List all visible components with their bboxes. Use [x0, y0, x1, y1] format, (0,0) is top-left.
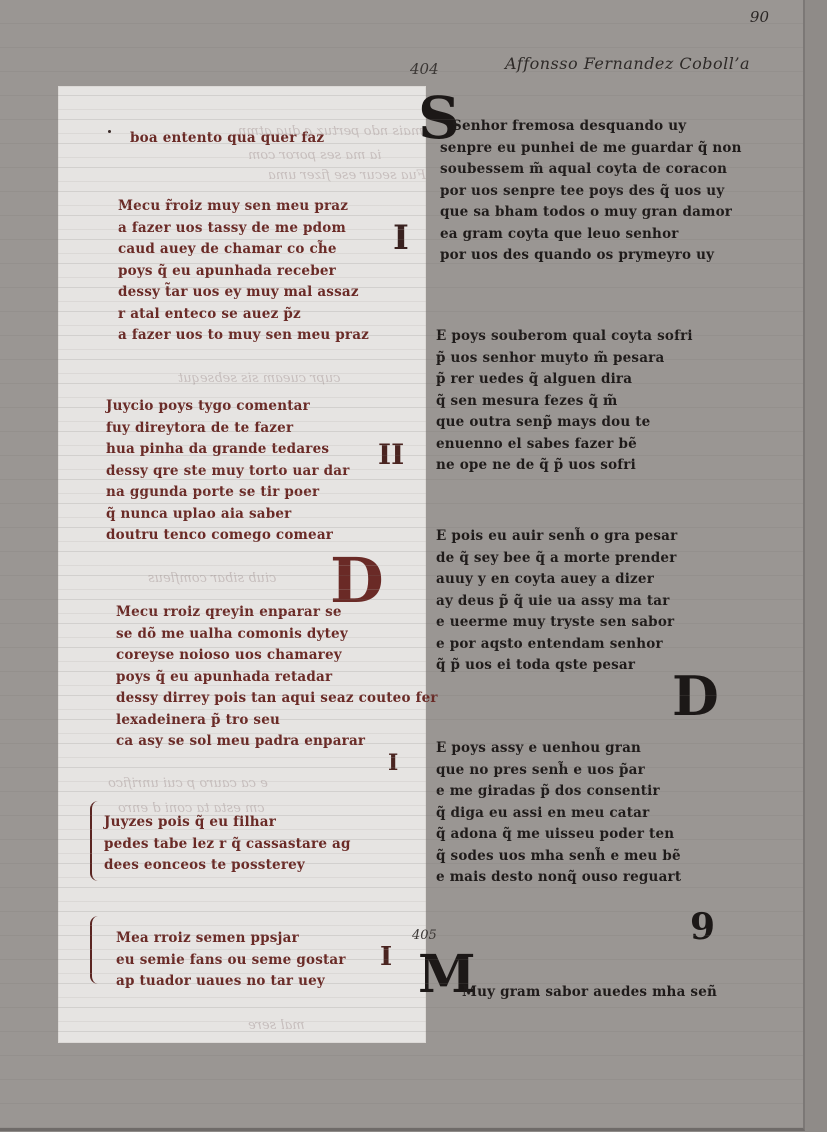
stanza: E pois eu auir senh̃ o gra pesar de q̃ s…: [436, 526, 677, 677]
stanza: Muy gram sabor auedes mha señ: [462, 982, 717, 1004]
stanza-bracket: [90, 801, 98, 881]
margin-mark: I: [393, 218, 409, 258]
verse-line: Senhor fremosa desquando uy: [440, 116, 742, 138]
verse-line: ne ope ne de q̃ p̃ uos sofri: [436, 455, 693, 477]
verse-line: E poys assy e uenhou gran: [436, 738, 681, 760]
verse-line: dessy dirrey pois tan aqui seaz couteo f…: [116, 688, 438, 710]
verse-line: dessy qre ste muy torto uar dar: [106, 461, 350, 483]
verse-line: hua pinha da grande tedares: [106, 439, 350, 461]
verse-line: Mecu r̃roiz muy sen meu praz: [118, 196, 369, 218]
verse-line: q̃ diga eu assi en meu catar: [436, 803, 681, 825]
verse-line: na ggunda porte se tir poer: [106, 482, 350, 504]
stanza: boa entento qua quer faz: [130, 128, 324, 150]
verse-line: r atal enteco se auez p̃z: [118, 304, 369, 326]
verse-line: enuenno el sabes fazer bẽ: [436, 434, 693, 456]
verse-line: a fazer uos tassy de me pdom: [118, 218, 369, 240]
verse-line: a fazer uos to muy sen meu praz: [118, 325, 369, 347]
verse-line: eu semie fans ou seme gostar: [116, 950, 346, 972]
verse-line: ap tuador uaues no tar uey: [116, 971, 346, 993]
stanza: Senhor fremosa desquando uy senpre eu pu…: [440, 116, 742, 267]
verse-line: q̃ sodes uos mha senh̃ e meu bẽ: [436, 846, 681, 868]
verse-line: se dõ me ualha comonis dytey: [116, 624, 438, 646]
author-heading: Affonsso Fernandez Coboll’a: [505, 54, 750, 73]
verse-line: p̃ uos senhor muyto m̃ pesara: [436, 348, 693, 370]
verse-line: ay deus p̃ q̃ uie ua assy ma tar: [436, 591, 677, 613]
verse-line: q̃ p̃ uos ei toda qste pesar: [436, 655, 677, 677]
folio-number: 90: [750, 8, 769, 26]
stanza: Juyzes pois q̃ eu filhar pedes tabe lez …: [104, 812, 351, 877]
stanza: Mea rroiz semen ppsjar eu semie fans ou …: [116, 928, 346, 993]
margin-mark: 9: [690, 906, 715, 948]
verse-line: poys q̃ eu apunhada retadar: [116, 667, 438, 689]
bleed-through-text: mal sere: [248, 1018, 305, 1033]
verse-line: e me giradas p̃ dos consentir: [436, 781, 681, 803]
verse-line: por uos senpre tee poys des q̃ uos uy: [440, 181, 742, 203]
verse-line: E poys souberom qual coyta sofri: [436, 326, 693, 348]
verse-line: auuy y en coyta auey a dizer: [436, 569, 677, 591]
manuscript-page: 90 404 Affonsso Fernandez Coboll’a mais …: [0, 0, 805, 1131]
verse-line: coreyse noioso uos chamarey: [116, 645, 438, 667]
stanza: Mecu rroiz qreyin enparar se se dõ me ua…: [116, 602, 438, 753]
verse-line: de q̃ sey bee q̃ a morte prender: [436, 548, 677, 570]
verse-line: Mea rroiz semen ppsjar: [116, 928, 346, 950]
verse-line: lexadeinera p̃ tro seu: [116, 710, 438, 732]
bleed-through-text: ciub sibar comfleus: [148, 571, 276, 586]
verse-line: Juyzes pois q̃ eu filhar: [104, 812, 351, 834]
stanza: Mecu r̃roiz muy sen meu praz a fazer uos…: [118, 196, 369, 347]
verse-line: doutru tenco comego comear: [106, 525, 350, 547]
verse-line: p̃ rer uedes q̃ alguen dira: [436, 369, 693, 391]
poem-number: 404: [410, 60, 439, 78]
verse-line: dessy t̃ar uos ey muy mal assaz: [118, 282, 369, 304]
verse-line: q̃ sen mesura fezes q̃ m̃: [436, 391, 693, 413]
verse-line: E pois eu auir senh̃ o gra pesar: [436, 526, 677, 548]
verse-line: senpre eu punhei de me guardar q̃ non: [440, 138, 742, 160]
verse-line: soubessem m̃ aqual coyta de coracon: [440, 159, 742, 181]
bleed-through-text: ia ma ses poror com: [248, 148, 381, 163]
verse-line: Juycio poys tygo comentar: [106, 396, 350, 418]
verse-line: pedes tabe lez r q̃ cassastare ag: [104, 834, 351, 856]
verse-line: que no pres senh̃ e uos p̃ar: [436, 760, 681, 782]
bleed-through-text: cupr cueam sis sebsequt: [178, 371, 340, 386]
verse-line: que outra senp̃ mays dou te: [436, 412, 693, 434]
verse-line: q̃ adona q̃ me uisseu poder ten: [436, 824, 681, 846]
margin-mark: II: [378, 438, 404, 471]
stanza: E poys assy e uenhou gran que no pres se…: [436, 738, 681, 889]
stanza-bracket: [90, 916, 98, 984]
verse-line: e mais desto nonq̃ ouso reguart: [436, 867, 681, 889]
verse-line: q̃ nunca uplao aia saber: [106, 504, 350, 526]
margin-mark: I: [380, 942, 392, 972]
verse-line: por uos des quando os prymeyro uy: [440, 245, 742, 267]
bleed-through-text: Fua secur ese fizer uma: [268, 168, 426, 183]
verse-line: e por aqsto entendam senhor: [436, 634, 677, 656]
verse-line: Mecu rroiz qreyin enparar se: [116, 602, 438, 624]
verse-line: e ueerme muy tryste sen sabor: [436, 612, 677, 634]
verse-line: poys q̃ eu apunhada receber: [118, 261, 369, 283]
verse-line: Muy gram sabor auedes mha señ: [462, 982, 717, 1004]
bleed-through-text: e ca cauro p cui unrifico: [108, 776, 268, 791]
verse-line: caud auey de chamar co ch̃e: [118, 239, 369, 261]
verse-line: fuy direytora de te fazer: [106, 418, 350, 440]
poem-number: 405: [412, 928, 437, 943]
margin-mark: I: [388, 750, 398, 776]
verse-line: boa entento qua quer faz: [130, 128, 324, 150]
margin-dot: [108, 130, 111, 133]
verse-line: ea gram coyta que leuo senhor: [440, 224, 742, 246]
stanza: Juycio poys tygo comentar fuy direytora …: [106, 396, 350, 547]
stanza: E poys souberom qual coyta sofri p̃ uos …: [436, 326, 693, 477]
highlighted-left-column: mais ndo pertuz q dua atmn ia ma ses por…: [58, 86, 426, 1043]
decorated-initial-d-margin: D: [672, 664, 719, 728]
verse-line: dees eonceos te possterey: [104, 855, 351, 877]
verse-line: que sa bham todos o muy gran damor: [440, 202, 742, 224]
